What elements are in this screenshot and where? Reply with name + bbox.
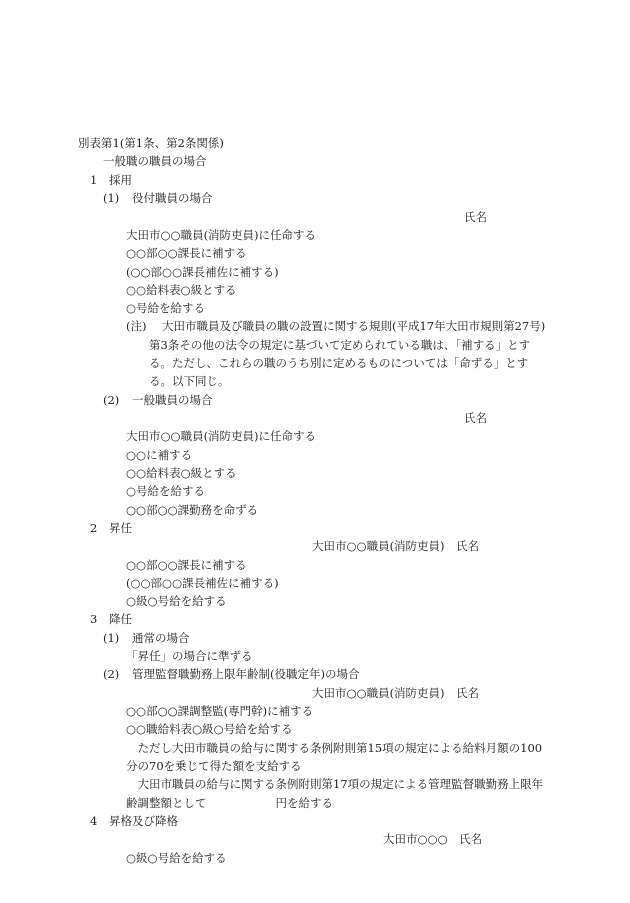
document-subtitle: 一般職の職員の場合	[103, 154, 207, 168]
text-line: (○○部○○課長補佐に補する)	[126, 265, 279, 279]
section-heading: 昇格及び降格	[109, 814, 178, 828]
section-number: 1	[90, 173, 97, 187]
name-label: 氏名	[464, 411, 487, 425]
text-line: 大田市○○職員(消防吏員)に任命する	[126, 228, 316, 242]
section-heading: 採用	[109, 173, 132, 187]
text-line: ○号給を給する	[126, 301, 205, 315]
subsection-heading: 通常の場合	[132, 631, 190, 645]
note-line: る。以下同じ。	[149, 374, 230, 388]
name-label: 氏名	[464, 210, 487, 224]
subsection-number: (2)	[103, 667, 119, 681]
paragraph-line: 分の70を乗じて得た額を支給する	[126, 759, 302, 773]
section-heading: 降任	[109, 612, 132, 626]
subsection-number: (1)	[103, 191, 119, 205]
subsection-number: (1)	[103, 631, 119, 645]
document-title: 別表第1(第1条、第2条関係)	[78, 136, 224, 150]
text-line: ○級○号給を給する	[126, 594, 227, 608]
section-number: 3	[90, 612, 97, 626]
section-number: 4	[90, 814, 97, 828]
subsection-heading: 一般職員の場合	[132, 393, 213, 407]
text-line: ○○部○○課長に補する	[126, 246, 247, 260]
paragraph-line: ただし大田市職員の給与に関する条例附則第15項の規定による給料月額の100	[126, 741, 542, 755]
text-line: ○○部○○課長に補する	[126, 558, 247, 572]
text-line: ○○給料表○級とする	[126, 466, 237, 480]
note-label: (注)	[126, 319, 146, 333]
paragraph-line: 齢調整額として 円を給する	[126, 796, 333, 810]
text-line: ○○部○○課勤務を命ずる	[126, 503, 258, 517]
text-line: ○○に補する	[126, 448, 192, 462]
header-line: 大田市○○職員(消防吏員) 氏名	[312, 686, 479, 700]
paragraph-line: 大田市職員の給与に関する条例附則第17項の規定による管理監督職勤務上限年	[126, 777, 543, 791]
subsection-heading: 役付職員の場合	[132, 191, 213, 205]
text-line: (○○部○○課長補佐に補する)	[126, 576, 279, 590]
note-line: 大田市職員及び職員の職の設置に関する規則(平成17年大田市規則第27号)	[162, 319, 545, 333]
text-line: 大田市○○職員(消防吏員)に任命する	[126, 429, 316, 443]
note-line: る。ただし、これらの職のうち別に定めるものについては「命ずる」とす	[149, 356, 528, 370]
section-number: 2	[90, 521, 97, 535]
note-line: 第3条その他の法令の規定に基づいて定められている職は、「補する」とす	[149, 338, 530, 352]
text-line: ○号給を給する	[126, 484, 205, 498]
header-line: 大田市○○○ 氏名	[383, 832, 482, 846]
text-line: ○級○号給を給する	[126, 851, 227, 865]
section-heading: 昇任	[109, 521, 132, 535]
text-line: ○○部○○課調整監(専門幹)に補する	[126, 704, 313, 718]
text-line: 「昇任」の場合に準ずる	[126, 649, 253, 663]
subsection-number: (2)	[103, 393, 119, 407]
header-line: 大田市○○職員(消防吏員) 氏名	[312, 539, 479, 553]
subsection-heading: 管理監督職勤務上限年齢制(役職定年)の場合	[132, 667, 359, 681]
text-line: ○○給料表○級とする	[126, 283, 237, 297]
text-line: ○○職給料表○級○号給を給する	[126, 722, 293, 736]
